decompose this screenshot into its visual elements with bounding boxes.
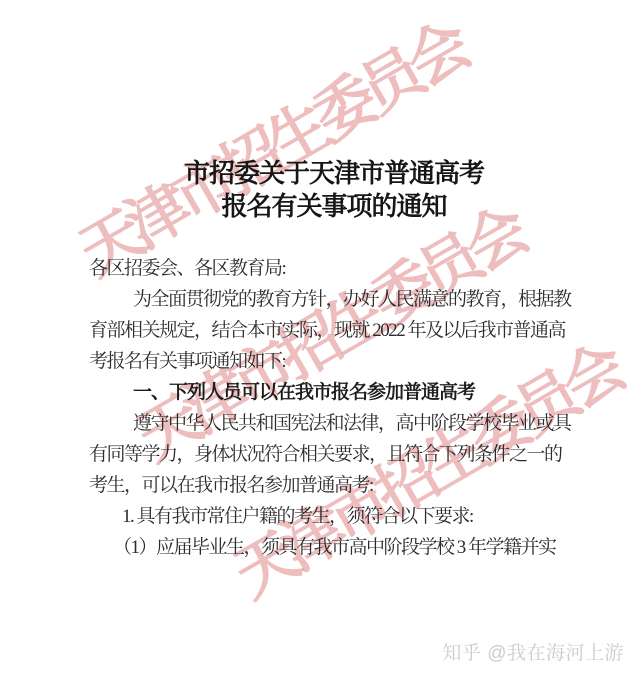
red-watermark-text: 天津市招生委员会 xyxy=(60,0,479,292)
title-line-1: 市招委关于天津市普通高考 xyxy=(94,157,574,190)
document-title: 市招委关于天津市普通高考 报名有关事项的通知 xyxy=(94,157,574,223)
body-line: 育部相关规定，结合本市实际，现就 2022 年及以后我市普通高 xyxy=(89,315,571,346)
document-body: 各区招委会、各区教育局:为全面贯彻党的教育方针，办好人民满意的教育，根据教育部相… xyxy=(89,253,571,563)
document-page: 天津市招生委员会 天津市招生委员会 天津市招生委员会 市招委关于天津市普通高考 … xyxy=(0,0,640,678)
body-line: 考生，可以在我市报名参加普通高考: xyxy=(89,470,571,501)
body-line: 考报名有关事项通知如下: xyxy=(89,346,571,377)
credit-watermark: 知乎 @我在海河上游 xyxy=(442,638,624,665)
body-line: 有同等学力，身体状况符合相关要求，且符合下列条件之一的 xyxy=(89,439,571,470)
body-line: 1. 具有我市常住户籍的考生，须符合以下要求: xyxy=(89,501,571,532)
title-line-2: 报名有关事项的通知 xyxy=(94,190,574,223)
body-line: 遵守中华人民共和国宪法和法律，高中阶段学校毕业或具 xyxy=(89,408,571,439)
body-line: 一、下列人员可以在我市报名参加普通高考 xyxy=(89,377,571,408)
body-line: 各区招委会、各区教育局: xyxy=(89,253,571,284)
body-line: 为全面贯彻党的教育方针，办好人民满意的教育，根据教 xyxy=(89,284,571,315)
body-line: （1）应届毕业生，须具有我市高中阶段学校 3 年学籍并实 xyxy=(89,532,571,563)
